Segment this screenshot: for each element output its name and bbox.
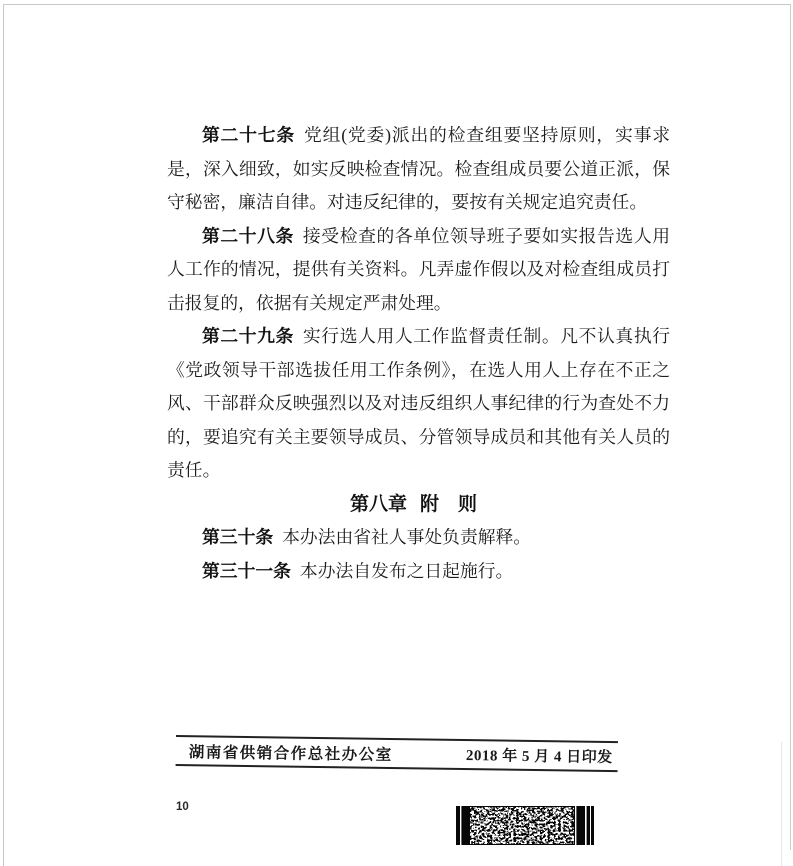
issuer-name: 湖南省供销合作总社办公室 [176,739,393,764]
article-31-line: 第三十一条本办法自发布之日起施行。 [167,555,670,589]
article-31-label: 第三十一条 [202,561,300,581]
barcode-svg [456,806,594,845]
article-29-line-5: 责任。 [167,454,670,488]
chapter-number: 第八章 [350,494,407,515]
article-27-text: 党组(党委)派出的检查组要坚持原则，实事求 [304,125,670,145]
article-31-text: 本办法自发布之日起施行。 [300,561,513,581]
body-text: 第二十七条党组(党委)派出的检查组要坚持原则，实事求 是，深入细致，如实反映检查… [167,119,670,588]
article-29-line-1: 第二十九条实行选人用人工作监督责任制。凡不认真执行 [167,320,670,354]
article-28-line-3: 击报复的，依据有关规定严肃处理。 [167,287,670,321]
article-28-label: 第二十八条 [202,226,303,246]
article-29-line-2: 《党政领导干部选拔任用工作条例》，在选人用人上存在不正之 [167,354,670,388]
article-29-line-4: 的，要追究有关主要领导成员、分管领导成员和其他有关人员的 [167,421,670,455]
article-27-label: 第二十七条 [202,125,304,145]
chapter-heading: 第八章附 则 [167,488,670,522]
page-number: 10 [176,801,189,813]
article-28-line-1: 第二十八条接受检查的各单位领导班子要如实报告选人用 [167,220,670,254]
article-30-line: 第三十条本办法由省社人事处负责解释。 [167,521,670,555]
barcode-icon [456,806,594,845]
article-27-line-3: 守秘密，廉洁自律。对违反纪律的，要按有关规定追究责任。 [167,186,670,220]
article-27-line-1: 第二十七条党组(党委)派出的检查组要坚持原则，实事求 [167,119,670,153]
scan-border-right [790,4,791,850]
article-30-text: 本办法由省社人事处负责解释。 [282,527,531,547]
article-30-label: 第三十条 [202,527,282,547]
scanned-document-page: 第二十七条党组(党委)派出的检查组要坚持原则，实事求 是，深入细致，如实反映检查… [0,0,793,866]
article-29-line-3: 风、干部群众反映强烈以及对违反组织人事纪律的行为查处不力 [167,387,670,421]
scan-border-top [3,4,791,5]
scan-border-right-shadow [781,742,782,866]
article-29-label: 第二十九条 [202,326,303,346]
issuance-footer-box: 湖南省供销合作总社办公室 2018 年 5 月 4 日印发 [176,735,618,772]
scan-border-left [3,4,4,866]
print-date: 2018 年 5 月 4 日印发 [466,744,618,767]
article-28-text: 接受检查的各单位领导班子要如实报告选人用 [303,226,670,246]
article-29-text: 实行选人用人工作监督责任制。凡不认真执行 [303,326,670,346]
article-27-line-2: 是，深入细致，如实反映检查情况。检查组成员要公道正派，保 [167,153,670,187]
chapter-title: 附 则 [420,494,477,515]
article-28-line-2: 人工作的情况，提供有关资料。凡弄虚作假以及对检查组成员打 [167,253,670,287]
